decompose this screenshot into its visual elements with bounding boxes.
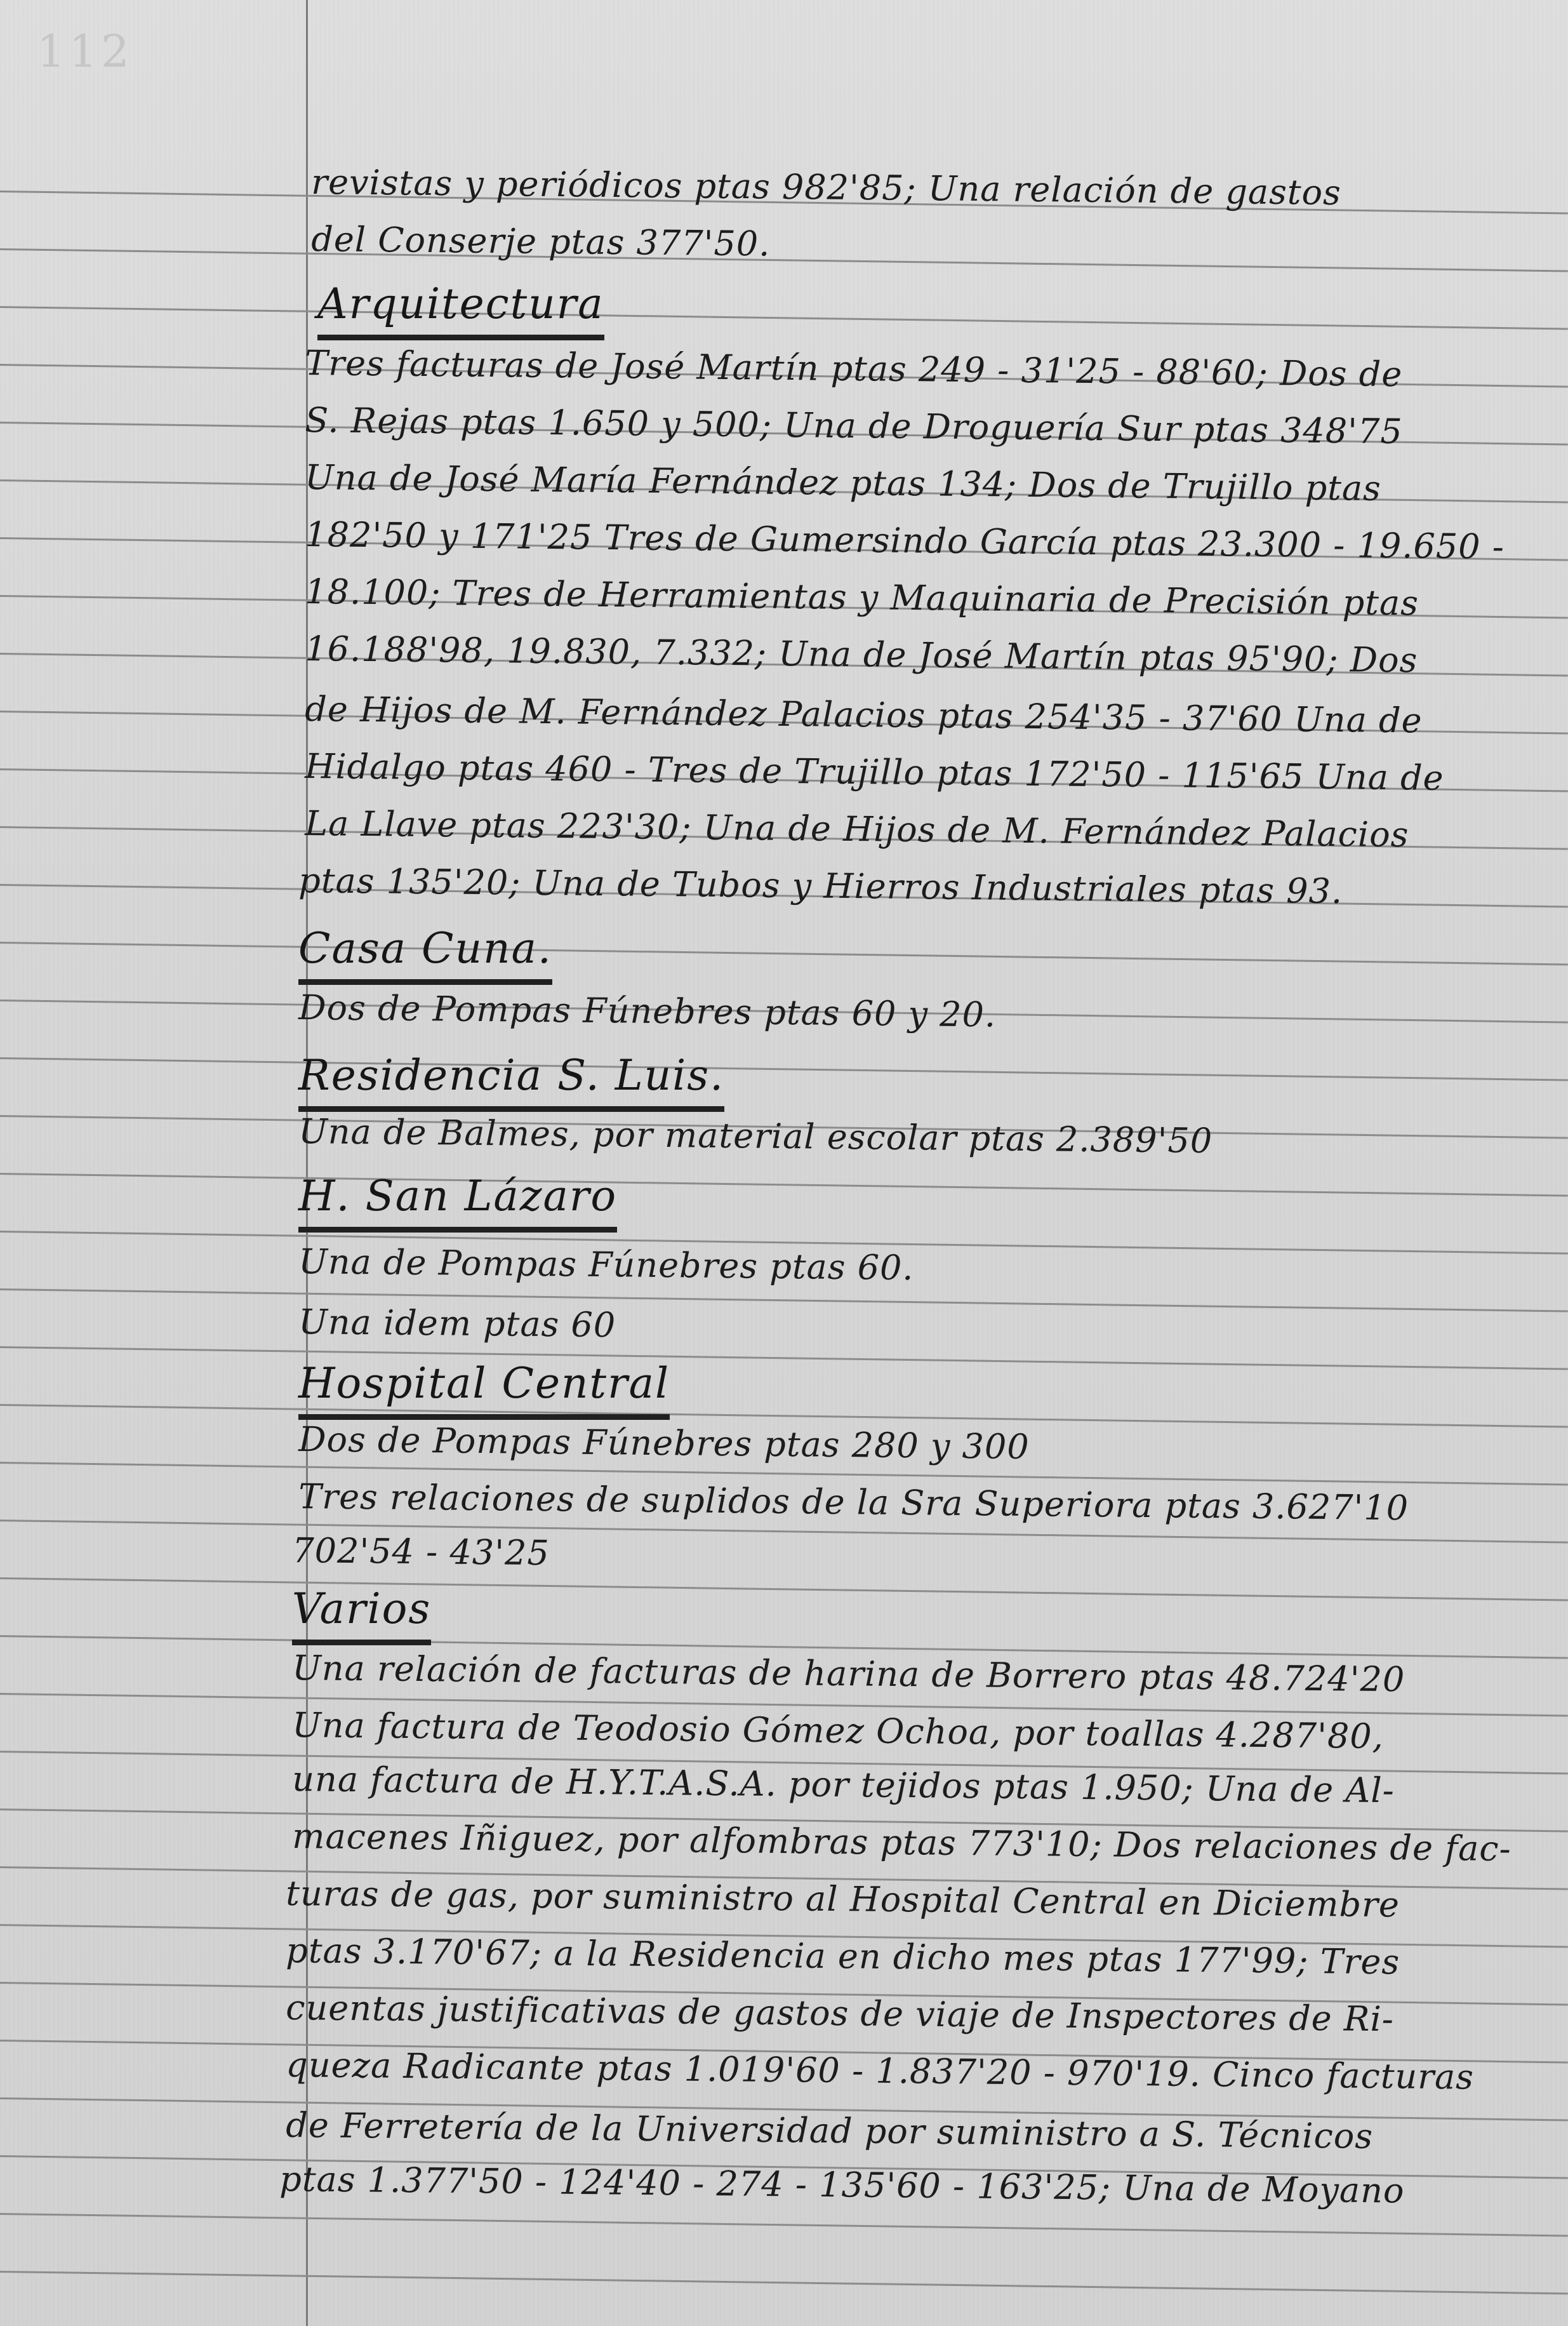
ruled-line [0, 1173, 1568, 1196]
entry-line: Una de Pompas Fúnebres ptas 60. [298, 1241, 914, 1288]
entry-line: de Hijos de M. Fernández Palacios ptas 2… [305, 689, 1423, 740]
ruled-line [0, 306, 1568, 330]
ruled-line [0, 1057, 1568, 1081]
entry-line: ptas 1.377'50 - 124'40 - 274 - 135'60 - … [279, 2159, 1405, 2211]
entry-line: 182'50 y 171'25 Tres de Gumersindo Garcí… [305, 514, 1505, 567]
entry-line: S. Rejas ptas 1.650 y 500; Una de Drogue… [305, 400, 1403, 451]
entry-line: Una factura de Teodosio Gómez Ochoa, por… [292, 1705, 1384, 1756]
entry-line: Dos de Pompas Fúnebres ptas 280 y 300 [298, 1419, 1030, 1467]
entry-line: cuentas justificativas de gastos de viaj… [286, 1988, 1394, 2039]
ruled-line [0, 1346, 1568, 1370]
entry-line: revistas y periódicos ptas 982'85; Una r… [311, 162, 1341, 213]
entry-line: del Conserje ptas 377'50. [311, 219, 771, 264]
section-heading: Residencia S. Luis. [298, 1051, 724, 1112]
ruled-line [0, 1577, 1568, 1601]
entry-line: 16.188'98, 19.830, 7.332; Una de José Ma… [305, 629, 1418, 680]
page-number: 112 [37, 25, 133, 77]
entry-line: una factura de H.Y.T.A.S.A. por tejidos … [292, 1759, 1395, 1810]
entry-line: Tres relaciones de suplidos de la Sra Su… [298, 1476, 1409, 1528]
entry-line: ptas 135'20; Una de Tubos y Hierros Indu… [298, 860, 1343, 911]
ruled-line [0, 2271, 1568, 2294]
section-heading: Hospital Central [298, 1359, 670, 1420]
ledger-page: 112 revistas y periódicos ptas 982'85; U… [0, 0, 1568, 2326]
section-heading: Casa Cuna. [298, 924, 552, 985]
entry-line: macenes Iñiguez, por alfombras ptas 773'… [292, 1816, 1512, 1869]
entry-line: queza Radicante ptas 1.019'60 - 1.837'20… [286, 2045, 1474, 2097]
ruled-line [0, 2213, 1568, 2236]
entry-line: Una de José María Fernández ptas 134; Do… [305, 457, 1381, 509]
entry-line: La Llave ptas 223'30; Una de Hijos de M.… [305, 803, 1409, 855]
section-heading: H. San Lázaro [298, 1172, 617, 1233]
entry-line: turas de gas, por suministro al Hospital… [286, 1873, 1400, 1925]
entry-line: ptas 3.170'67; a la Residencia en dicho … [286, 1930, 1400, 1982]
entry-line: de Ferretería de la Universidad por sumi… [286, 2105, 1373, 2156]
entry-line: 18.100; Tres de Herramientas y Maquinari… [305, 571, 1419, 623]
entry-line: Dos de Pompas Fúnebres ptas 60 y 20. [298, 987, 996, 1035]
entry-line: Hidalgo ptas 460 - Tres de Trujillo ptas… [305, 746, 1444, 798]
entry-line: Una de Balmes, por material escolar ptas… [298, 1111, 1213, 1161]
ruled-line [0, 248, 1568, 272]
ruled-line [0, 942, 1568, 965]
entry-line: Una idem ptas 60 [298, 1302, 616, 1345]
entry-line: Tres facturas de José Martín ptas 249 - … [305, 343, 1403, 394]
section-heading: Varios [292, 1584, 431, 1645]
entry-line: Una relación de facturas de harina de Bo… [292, 1648, 1405, 1699]
section-heading: Arquitectura [317, 279, 604, 340]
ruled-line [0, 1288, 1568, 1312]
entry-line: 702'54 - 43'25 [292, 1530, 550, 1573]
